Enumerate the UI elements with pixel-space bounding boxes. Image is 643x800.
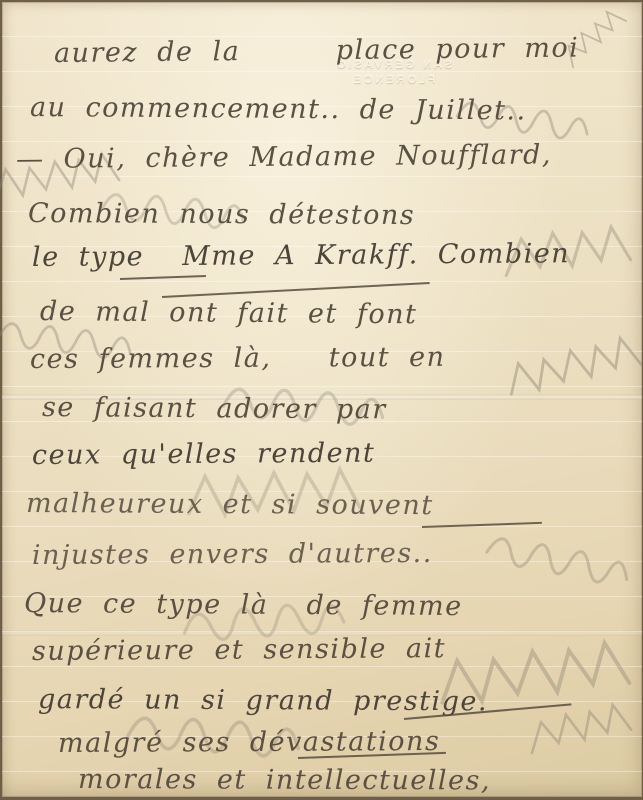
- handwritten-line: injustes envers d'autres..: [32, 538, 433, 571]
- handwritten-line: gardé un si grand prestige.: [38, 684, 488, 717]
- letter-page: SAN GERVASIO FLORENCE aurez de la place …: [2, 2, 642, 797]
- bleedthrough-scribble: [493, 306, 643, 427]
- handwritten-line: morales et intellectuelles,: [78, 764, 491, 796]
- bleedthrough-scribble: [495, 677, 639, 782]
- handwritten-line: de mal ont fait et font: [40, 296, 418, 330]
- handwritten-line: le type Mme A Krakff. Combien: [32, 238, 570, 273]
- watermark-line: FLORENCE: [298, 73, 488, 88]
- ink-underline: [422, 522, 542, 528]
- scanned-letter: SAN GERVASIO FLORENCE aurez de la place …: [0, 0, 643, 800]
- handwritten-line: au commencement.. de Juillet..: [30, 92, 527, 126]
- handwritten-line: se faisant adorer par: [42, 392, 387, 425]
- handwritten-line: aurez de la place pour moi: [54, 33, 580, 69]
- ink-underline: [162, 282, 430, 298]
- handwritten-line: ceux qu'elles rendent: [32, 438, 376, 471]
- handwritten-line: Combien nous détestons: [28, 198, 415, 231]
- handwritten-line: Que ce type là de femme: [24, 588, 463, 622]
- handwritten-line: supérieure et sensible ait: [32, 633, 446, 667]
- ink-underline: [120, 275, 206, 280]
- handwritten-line: — Oui, chère Madame Noufflard,: [16, 139, 552, 175]
- handwritten-line: ces femmes là, tout en: [30, 342, 446, 375]
- handwritten-line: malheureux et si souvent: [26, 488, 434, 521]
